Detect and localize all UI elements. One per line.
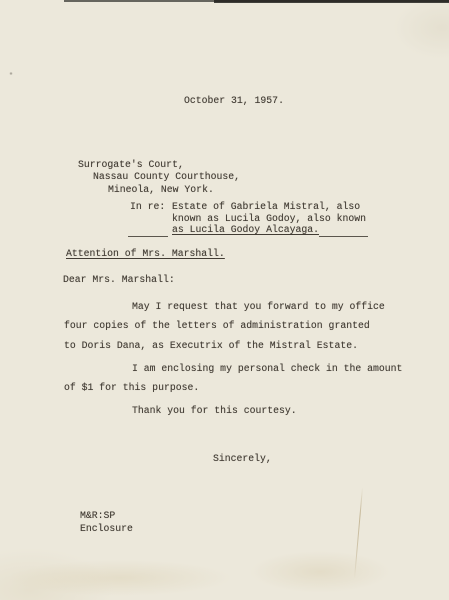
salutation: Dear Mrs. Marshall:	[63, 274, 175, 285]
in-re-label: In re:	[130, 201, 165, 212]
body-line: four copies of the letters of administra…	[64, 316, 385, 335]
body-line: I am enclosing my personal check in the …	[132, 359, 402, 378]
body-line: May I request that you forward to my off…	[132, 297, 385, 316]
in-re-line: known as Lucila Godoy, also known	[172, 213, 366, 225]
body-paragraph-3: Thank you for this courtesy.	[132, 405, 297, 416]
enclosure-note: Enclosure	[80, 523, 133, 536]
scan-edge-artifact	[214, 0, 449, 3]
body-line: of $1 for this purpose.	[64, 378, 402, 397]
blank-underline	[128, 236, 168, 237]
body-paragraph-1: May I request that you forward to my off…	[64, 297, 385, 355]
recipient-address-line: Mineola, New York.	[108, 184, 240, 196]
in-re-line: Estate of Gabriela Mistral, also	[172, 201, 366, 213]
closing: Sincerely,	[213, 453, 272, 464]
recipient-address-line: Nassau County Courthouse,	[93, 171, 240, 183]
typist-initials: M&R:SP	[80, 510, 133, 523]
body-line: to Doris Dana, as Executrix of the Mistr…	[64, 336, 385, 355]
attention-line: Attention of Mrs. Marshall.	[66, 248, 225, 259]
recipient-address-line: Surrogate's Court,	[78, 159, 240, 171]
reference-block: M&R:SP Enclosure	[80, 510, 133, 535]
letter-scan: October 31, 1957. Surrogate's Court, Nas…	[0, 0, 449, 600]
blank-underline	[319, 236, 368, 237]
in-re-block: Estate of Gabriela Mistral, also known a…	[172, 201, 366, 236]
recipient-address: Surrogate's Court, Nassau County Courtho…	[78, 159, 240, 196]
paper-speck	[9, 72, 13, 75]
letter-date: October 31, 1957.	[184, 95, 284, 106]
in-re-line: as Lucila Godoy Alcayaga.	[172, 224, 366, 236]
paper-crease	[354, 487, 363, 579]
body-paragraph-2: I am enclosing my personal check in the …	[64, 359, 402, 398]
